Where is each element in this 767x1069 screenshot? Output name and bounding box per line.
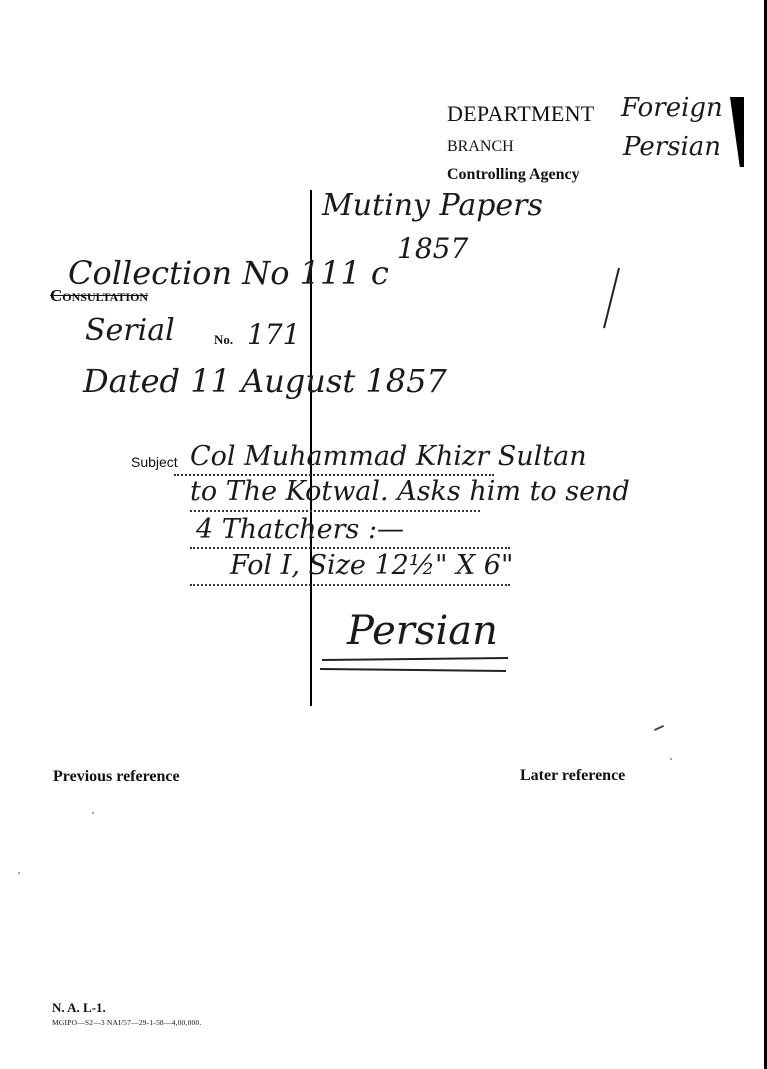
branch-label: BRANCH	[447, 138, 514, 156]
department-value: Foreign	[621, 93, 723, 123]
record-year: 1857	[397, 232, 468, 265]
language-underline	[322, 657, 508, 661]
serial-word: Serial	[85, 313, 175, 348]
date-entry: Dated 11 August 1857	[83, 362, 447, 400]
subject-line-4: Fol I, Size 12½" X 6"	[230, 550, 513, 581]
subject-dotted-line	[190, 510, 480, 512]
stray-mark	[654, 725, 664, 731]
department-label: DEPARTMENT	[447, 101, 595, 127]
form-code: N. A. L-1.	[52, 1000, 106, 1016]
scan-speck	[670, 758, 672, 760]
branch-value: Persian	[623, 132, 721, 162]
scan-speck	[18, 872, 20, 874]
subject-dotted-line	[190, 547, 510, 549]
subject-line-3: 4 Thatchers :—	[196, 514, 404, 545]
no-label: No.	[214, 332, 233, 348]
scan-corner-shadow	[730, 97, 744, 167]
subject-dotted-line	[190, 584, 510, 586]
serial-number: 171	[247, 318, 300, 351]
pen-stroke	[603, 268, 620, 329]
language-entry: Persian	[347, 608, 498, 654]
language-underline	[320, 668, 506, 672]
record-title: Mutiny Papers	[322, 188, 543, 223]
previous-reference-label: Previous reference	[53, 768, 180, 786]
controlling-agency-label: Controlling Agency	[447, 166, 580, 184]
print-imprint: MGIPO—S2—3 NAI/57—29-1-58—4,00,000.	[52, 1018, 202, 1027]
subject-line-2: to The Kotwal. Asks him to send	[190, 476, 630, 507]
consultation-label-struck: Consultation	[50, 286, 148, 306]
subject-label: Subject	[131, 454, 178, 470]
scan-speck	[92, 812, 94, 814]
subject-line-1: Col Muhammad Khizr Sultan	[190, 441, 587, 472]
later-reference-label: Later reference	[520, 767, 625, 785]
